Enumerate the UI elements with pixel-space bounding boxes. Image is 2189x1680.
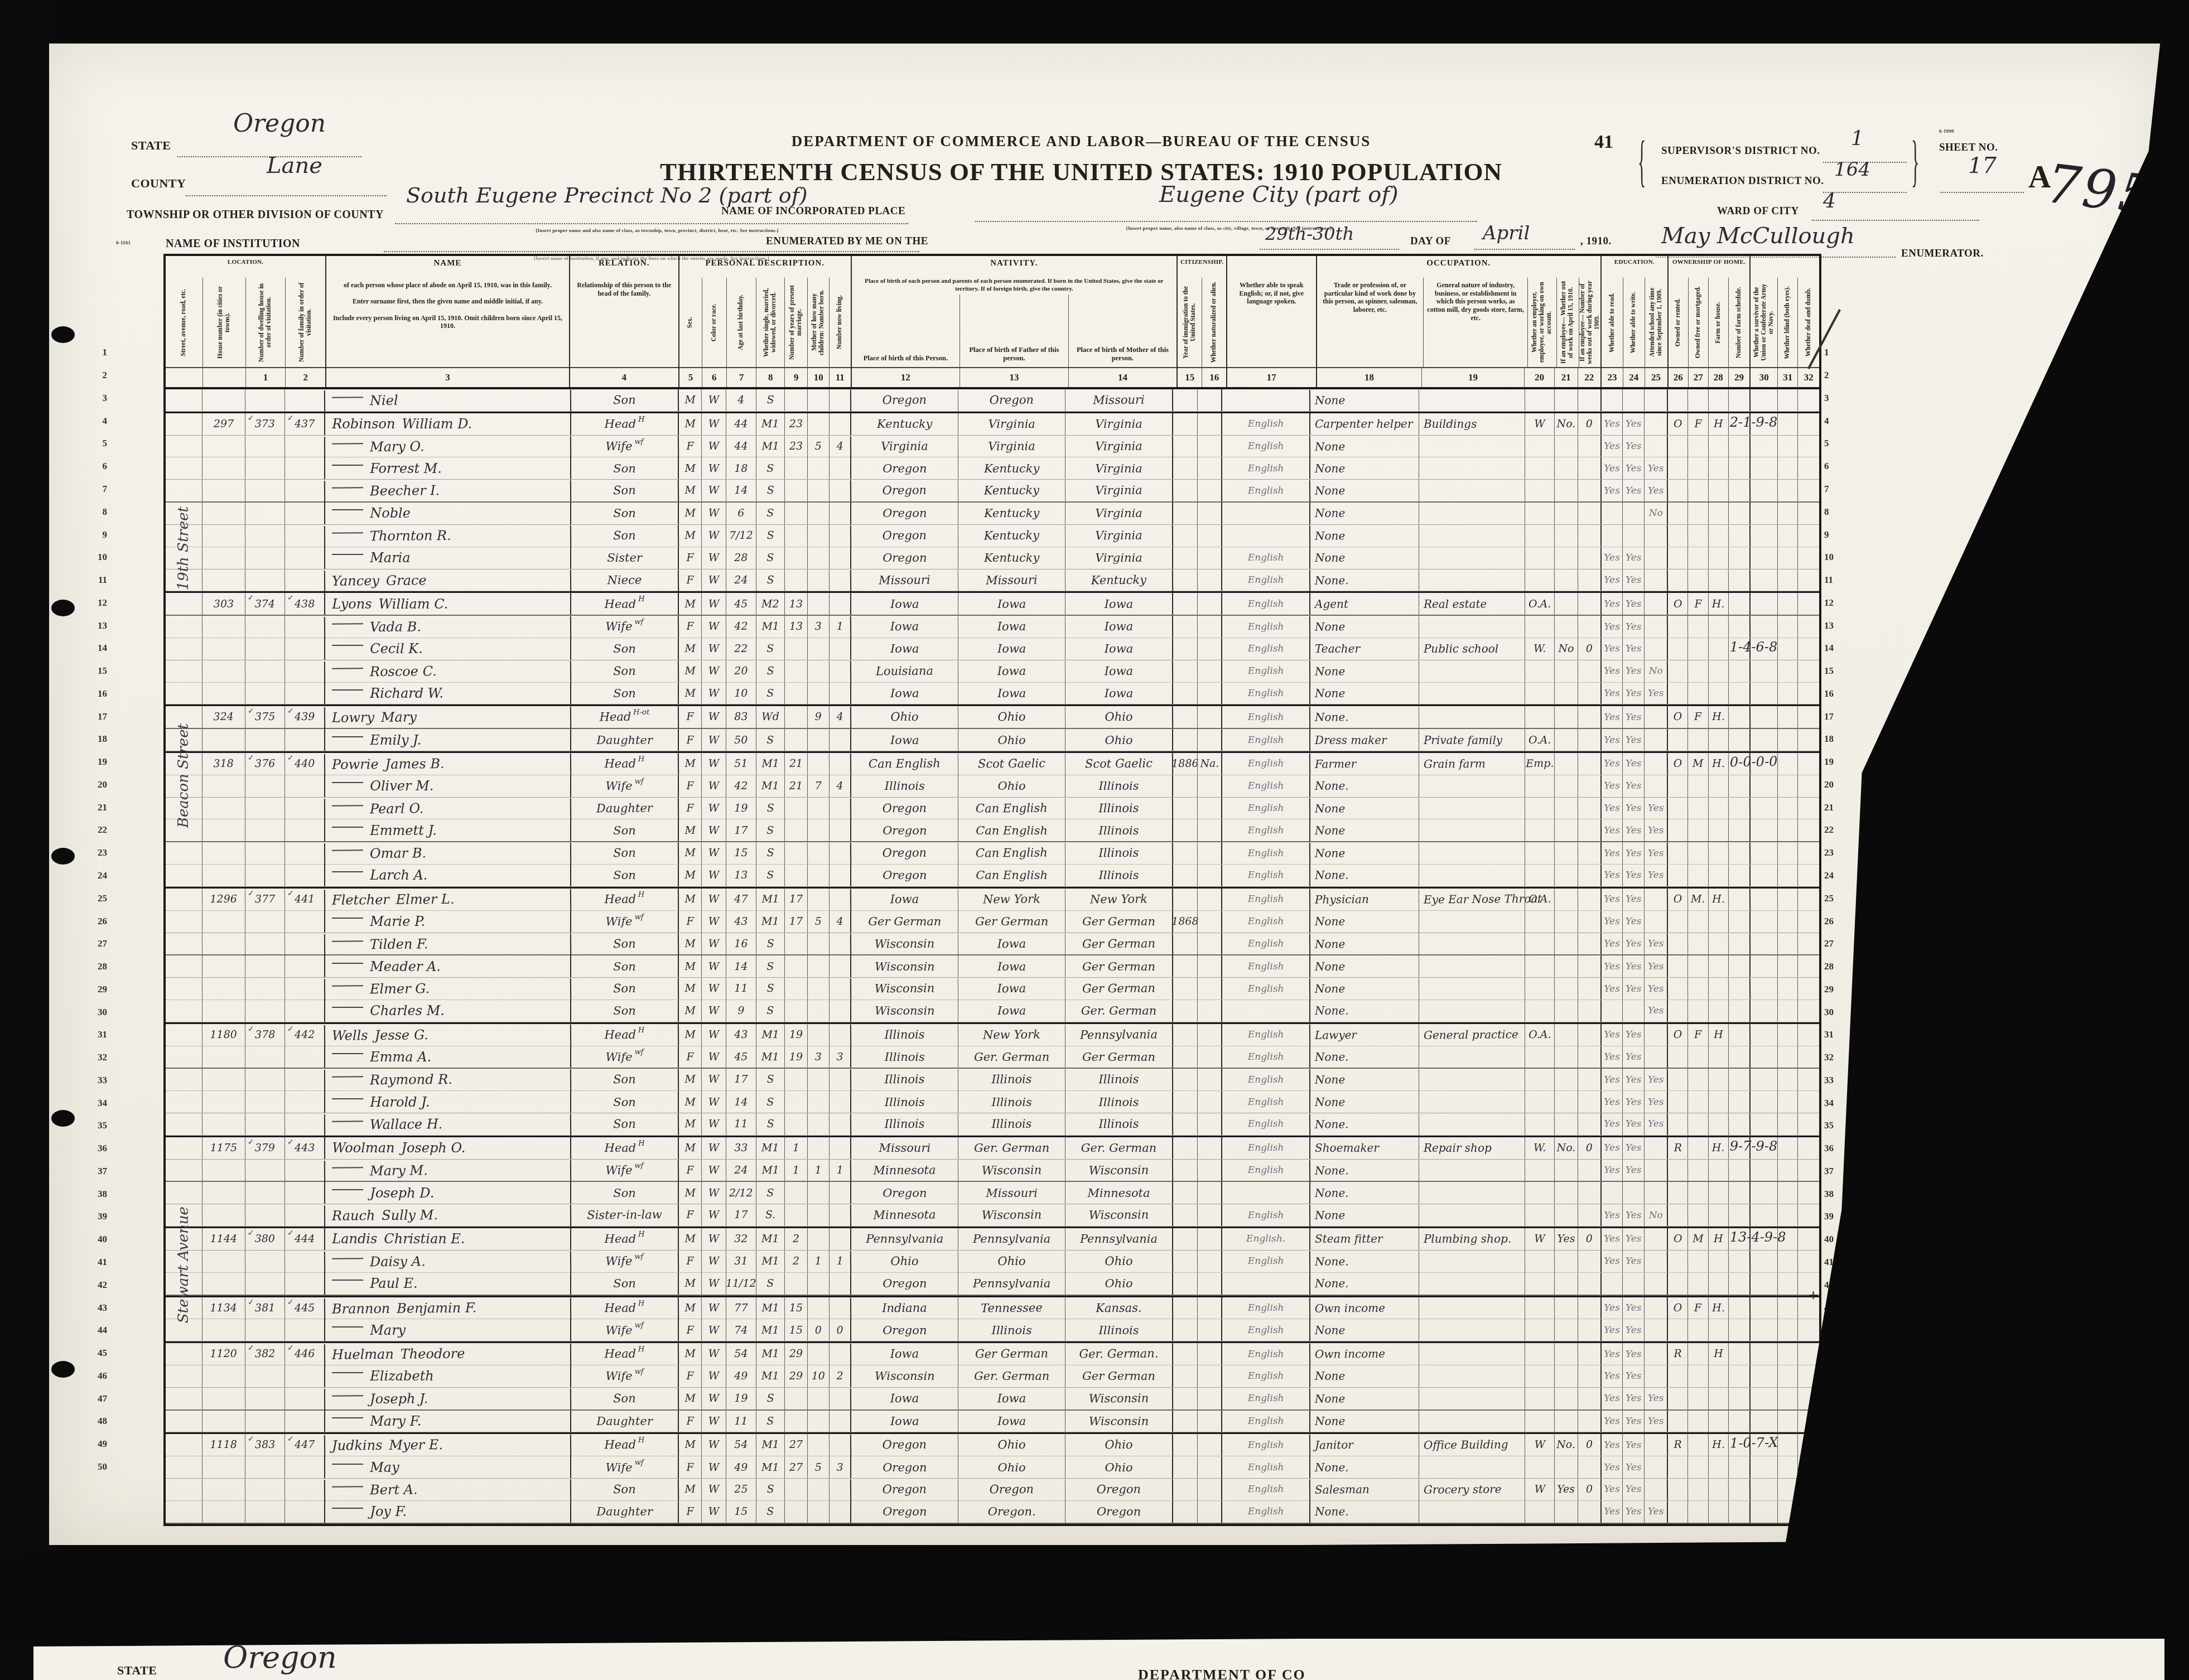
cell-sc: Yes bbox=[1644, 1501, 1667, 1523]
cell-p1: Iowa bbox=[850, 1411, 958, 1432]
cell-wr: Yes bbox=[1622, 1297, 1644, 1319]
cell-ym bbox=[784, 819, 807, 841]
cell-tr: Own income bbox=[1309, 1297, 1419, 1320]
cell-ym: 15 bbox=[784, 1319, 807, 1341]
cell-wk bbox=[1578, 1365, 1600, 1387]
cell-p2: Oregon bbox=[958, 1478, 1065, 1500]
cell-p1: Iowa bbox=[850, 615, 958, 638]
cell-ag: 14 bbox=[726, 1091, 756, 1113]
cell-o26: O bbox=[1667, 1297, 1687, 1319]
column-label-cl: Number now living. bbox=[829, 278, 851, 367]
cell-o26 bbox=[1667, 1411, 1687, 1432]
cell-cl bbox=[829, 1501, 851, 1523]
cell-v30 bbox=[1749, 547, 1777, 569]
cell-rel: Son bbox=[570, 1478, 678, 1500]
cell-sx: M bbox=[678, 955, 701, 977]
table-row: Joseph J.SonMW19SIowaIowaWisconsinEnglis… bbox=[166, 1388, 1819, 1411]
cell-o27 bbox=[1687, 569, 1708, 591]
ditto-mark bbox=[332, 465, 363, 466]
column-number-wk: 22 bbox=[1578, 368, 1601, 387]
cell-o29: 0-0-0-0 bbox=[1728, 753, 1750, 775]
cell-o29 bbox=[1728, 1091, 1750, 1113]
cell-iy bbox=[1172, 480, 1197, 501]
cell-ow bbox=[1554, 1411, 1577, 1432]
header-group-title: OCCUPATION. bbox=[1317, 256, 1601, 278]
cell-wk: 0 bbox=[1578, 638, 1600, 660]
cell-en: English bbox=[1221, 1046, 1309, 1068]
cell-p1: Ohio bbox=[850, 1250, 958, 1272]
cell-ag: 14 bbox=[726, 480, 756, 501]
cell-p1: Minnesota bbox=[850, 1204, 958, 1226]
cell-o28 bbox=[1708, 503, 1728, 524]
cell-o27 bbox=[1687, 1434, 1708, 1456]
cell-iy bbox=[1172, 389, 1197, 411]
cell-cb bbox=[807, 955, 829, 977]
cell-tr: None. bbox=[1309, 775, 1419, 797]
cell-cr: W bbox=[701, 1479, 726, 1500]
cell-p3: Illinois bbox=[1065, 775, 1172, 797]
cell-ms: M1 bbox=[755, 753, 784, 775]
cell-rd: Yes bbox=[1600, 1479, 1623, 1500]
cell-p2: Ger. German bbox=[958, 1137, 1065, 1159]
cell-f bbox=[285, 1046, 324, 1068]
cell-na bbox=[1197, 1024, 1221, 1046]
cell-v30 bbox=[1749, 729, 1777, 751]
cell-sc: No bbox=[1644, 660, 1667, 682]
cell-p3: Illinois bbox=[1065, 1319, 1172, 1341]
cell-ind bbox=[1419, 797, 1525, 819]
cell-iy bbox=[1172, 683, 1197, 704]
table-row: 318✓376✓440Powrie James B.HeadHMW51M121C… bbox=[166, 751, 1819, 775]
cell-wr: Yes bbox=[1622, 1456, 1644, 1478]
cell-name: Raymond R. bbox=[324, 1068, 570, 1092]
cell-ms: S bbox=[756, 1411, 784, 1432]
cell-ind bbox=[1419, 1091, 1525, 1113]
cell-sc bbox=[1644, 1456, 1667, 1478]
cell-name: Cecil K. bbox=[324, 638, 570, 660]
cell-iy bbox=[1172, 889, 1197, 910]
cell-ind: Repair shop bbox=[1419, 1137, 1525, 1159]
column-number-sx: 5 bbox=[679, 368, 702, 387]
cell-ind bbox=[1419, 955, 1525, 977]
cell-rd bbox=[1600, 389, 1623, 411]
ditto-mark bbox=[332, 1395, 363, 1396]
cell-sx: M bbox=[678, 842, 702, 864]
cell-iy bbox=[1172, 1365, 1197, 1387]
cell-ind: Plumbing shop. bbox=[1419, 1228, 1525, 1250]
cell-h bbox=[202, 775, 244, 797]
cell-ag: 19 bbox=[726, 797, 756, 819]
cell-d32 bbox=[1797, 1113, 1819, 1135]
cell-en: English bbox=[1221, 1160, 1309, 1181]
header-group-title bbox=[1751, 256, 1819, 278]
cell-ym bbox=[784, 1000, 807, 1022]
cell-wr: Yes bbox=[1622, 865, 1644, 886]
cell-ind: Public school bbox=[1419, 638, 1525, 660]
cell-o28: H bbox=[1708, 1024, 1728, 1046]
cell-name: Mary F. bbox=[324, 1411, 570, 1432]
cell-cb bbox=[807, 1204, 829, 1226]
line-number: 12 bbox=[84, 591, 110, 614]
ditto-mark bbox=[332, 850, 363, 851]
cell-wk bbox=[1578, 1091, 1600, 1113]
cell-ind: Eye Ear Nose Throat bbox=[1419, 888, 1525, 910]
cell-ms: S bbox=[756, 547, 784, 569]
ditto-mark bbox=[332, 443, 363, 444]
cell-sc: Yes bbox=[1644, 1000, 1667, 1022]
cell-h bbox=[202, 683, 244, 704]
cell-wr: Yes bbox=[1622, 1388, 1644, 1409]
cell-sx: M bbox=[678, 1388, 702, 1409]
cell-iy bbox=[1172, 1434, 1197, 1456]
line-number: 27 bbox=[1820, 933, 1848, 955]
line-number: 5 bbox=[1820, 432, 1848, 455]
cell-ms: M1 bbox=[755, 1251, 784, 1272]
cell-p1: Oregon bbox=[850, 1273, 958, 1295]
cell-name: Robinson William D. bbox=[324, 413, 570, 435]
table-row: Joy F.DaughterFW15SOregonOregon.OregonEn… bbox=[166, 1501, 1819, 1524]
cell-b31 bbox=[1777, 435, 1797, 457]
cell-ind bbox=[1419, 819, 1525, 841]
column-number-o29: 29 bbox=[1728, 368, 1750, 387]
cell-na bbox=[1197, 1069, 1221, 1090]
cell-en bbox=[1221, 1273, 1309, 1295]
cell-d bbox=[245, 955, 285, 977]
table-row: NobleSonMW6SOregonKentuckyVirginiaNoneNo bbox=[166, 503, 1819, 525]
cell-b31 bbox=[1777, 593, 1797, 615]
cell-b31 bbox=[1777, 706, 1797, 728]
cell-cr: W bbox=[701, 435, 726, 457]
column-label-o26: Owned or rented. bbox=[1669, 278, 1688, 367]
column-label-b31: Whether blind (both eyes). bbox=[1777, 278, 1797, 367]
cell-o28 bbox=[1708, 616, 1728, 638]
ditto-mark bbox=[332, 736, 363, 737]
cell-o27 bbox=[1687, 1251, 1708, 1272]
cell-ec: O.A. bbox=[1525, 1024, 1555, 1046]
street-name: 19th Street bbox=[166, 480, 201, 617]
cell-iy bbox=[1172, 1069, 1197, 1090]
column-label-ym: Number of years of present marriage. bbox=[784, 278, 807, 367]
cell-p1: Iowa bbox=[850, 888, 958, 910]
cell-cr: W bbox=[701, 547, 726, 569]
cell-rd: Yes bbox=[1600, 1297, 1623, 1319]
line-number: 35 bbox=[1820, 1114, 1848, 1137]
cell-ms: M1 bbox=[755, 435, 784, 457]
ditto-mark bbox=[332, 1508, 363, 1509]
cell-wr: Yes bbox=[1622, 683, 1644, 704]
cell-en: English bbox=[1221, 842, 1309, 864]
cell-o28: H. bbox=[1708, 593, 1728, 615]
cell-ag: 77 bbox=[726, 1297, 756, 1319]
line-number: 30 bbox=[1820, 1001, 1848, 1024]
column-number-d32: 32 bbox=[1797, 368, 1819, 387]
cell-d32 bbox=[1797, 1137, 1819, 1159]
cell-tr: Physician bbox=[1309, 888, 1419, 911]
cell-rd: Yes bbox=[1600, 865, 1623, 886]
line-number: 23 bbox=[1820, 842, 1848, 865]
column-label-d: Number of dwelling house in order of vis… bbox=[245, 278, 286, 367]
cell-ind bbox=[1419, 1046, 1525, 1068]
cell-ym: 15 bbox=[784, 1297, 808, 1319]
cell-o27 bbox=[1687, 933, 1708, 954]
cell-na bbox=[1197, 911, 1222, 933]
cell-cr: W bbox=[701, 683, 726, 704]
column-label-cb: Mother of how many children: Number born… bbox=[807, 278, 829, 367]
cell-d bbox=[244, 978, 285, 1000]
cell-ym bbox=[784, 797, 808, 819]
cell-sx: F bbox=[678, 616, 702, 638]
cell-p2: Iowa bbox=[958, 1411, 1065, 1432]
line-number: 38 bbox=[84, 1182, 110, 1205]
cell-ms: S bbox=[756, 683, 784, 704]
cell-d: ✓375 bbox=[244, 706, 285, 728]
line-number: 44 bbox=[84, 1319, 110, 1342]
cell-o27 bbox=[1687, 1388, 1708, 1409]
cell-f: ✓442 bbox=[285, 1024, 325, 1045]
cell-rel: Son bbox=[570, 1113, 678, 1135]
cell-st bbox=[166, 955, 202, 977]
cell-o27 bbox=[1687, 638, 1708, 660]
cell-h bbox=[202, 1251, 245, 1272]
line-number: 41 bbox=[84, 1251, 110, 1274]
cell-ym bbox=[784, 1411, 807, 1432]
cell-ow: No bbox=[1554, 638, 1577, 660]
scan-border-left bbox=[0, 0, 49, 1680]
cell-cl bbox=[829, 1204, 851, 1226]
line-number: 34 bbox=[84, 1092, 110, 1114]
cell-ag: 4 bbox=[726, 389, 756, 411]
line-number: 14 bbox=[1820, 637, 1848, 660]
cell-b31 bbox=[1777, 842, 1797, 864]
cell-h bbox=[202, 1501, 244, 1523]
cell-wk: 0 bbox=[1578, 1228, 1600, 1250]
cell-iy bbox=[1172, 1182, 1197, 1204]
cell-ind bbox=[1419, 1501, 1525, 1523]
line-number: 31 bbox=[84, 1024, 110, 1046]
cell-rel: Son bbox=[570, 503, 678, 524]
line-number: 7 bbox=[84, 478, 110, 501]
cell-ec bbox=[1525, 1091, 1555, 1113]
cell-ym: 21 bbox=[784, 753, 808, 775]
cell-o28 bbox=[1708, 389, 1728, 411]
cell-p1: Oregon bbox=[850, 389, 958, 411]
ditto-mark bbox=[332, 645, 363, 646]
table-row: Emily J.DaughterFW50SIowaOhioOhioEnglish… bbox=[166, 729, 1819, 751]
cell-v30 bbox=[1749, 1411, 1777, 1432]
cell-p2: Iowa bbox=[958, 615, 1065, 638]
cell-cb bbox=[807, 1069, 829, 1090]
cell-wk bbox=[1578, 547, 1600, 569]
cell-na bbox=[1197, 389, 1221, 411]
cell-en: English bbox=[1221, 457, 1309, 479]
cell-tr: None bbox=[1309, 955, 1419, 977]
cell-p1: Illinois bbox=[850, 775, 958, 797]
ditto-mark bbox=[332, 1280, 363, 1281]
cell-sc bbox=[1644, 911, 1667, 933]
cell-cb bbox=[807, 457, 829, 479]
cell-tr: None. bbox=[1309, 1273, 1419, 1295]
cell-d32 bbox=[1797, 1343, 1819, 1365]
cell-o26 bbox=[1667, 978, 1687, 1000]
cell-ms: S bbox=[755, 1388, 784, 1409]
cell-rd: Yes bbox=[1600, 1501, 1623, 1523]
cell-cr: W bbox=[701, 819, 726, 841]
cell-p3: Illinois bbox=[1065, 1113, 1172, 1135]
cell-rd: Yes bbox=[1600, 978, 1623, 1000]
cell-p3: Minnesota bbox=[1065, 1182, 1172, 1204]
cell-o27 bbox=[1687, 978, 1708, 1000]
line-number: 24 bbox=[84, 865, 110, 887]
cell-d bbox=[244, 933, 285, 954]
table-row: Charles M.SonMW9SWisconsinIowaGer. Germa… bbox=[166, 1000, 1819, 1022]
cell-o29 bbox=[1728, 389, 1750, 411]
line-number: 21 bbox=[84, 796, 110, 819]
cell-en: English bbox=[1221, 1297, 1309, 1319]
cell-na bbox=[1197, 775, 1222, 797]
cell-p2: Pennsylvania bbox=[958, 1273, 1065, 1295]
cell-sc bbox=[1644, 525, 1667, 547]
line-number: 4 bbox=[84, 409, 110, 432]
cell-o29 bbox=[1728, 1046, 1750, 1068]
cell-ow bbox=[1554, 1046, 1577, 1068]
cell-o27 bbox=[1687, 775, 1708, 797]
cell-o26 bbox=[1667, 955, 1687, 977]
cell-na bbox=[1197, 1343, 1221, 1365]
cell-p2: Ger German bbox=[958, 1343, 1065, 1365]
cell-sc bbox=[1644, 436, 1667, 457]
cell-ag: 24 bbox=[726, 569, 756, 591]
cell-na bbox=[1197, 457, 1222, 479]
cell-ow bbox=[1554, 1159, 1578, 1181]
cell-ag: 11 bbox=[726, 1113, 756, 1135]
cell-en: English bbox=[1221, 819, 1309, 841]
column-label-rel: Relationship of this person to the head … bbox=[570, 278, 678, 367]
cell-ind bbox=[1419, 615, 1525, 638]
cell-cr: W bbox=[701, 638, 726, 660]
cell-ow bbox=[1554, 1273, 1577, 1295]
cell-o29 bbox=[1728, 1000, 1750, 1022]
cell-cr: W bbox=[701, 1069, 726, 1090]
column-label-o29: Number of farm schedule. bbox=[1728, 278, 1750, 367]
cell-wr: Yes bbox=[1622, 547, 1644, 569]
next-page-state-label: STATE bbox=[117, 1663, 157, 1678]
cell-h bbox=[202, 1411, 244, 1432]
cell-ag: 32 bbox=[726, 1228, 756, 1250]
cell-o28 bbox=[1708, 933, 1728, 954]
ditto-mark bbox=[332, 509, 363, 510]
cell-name: Woolman Joseph O. bbox=[324, 1137, 570, 1159]
cell-o26 bbox=[1667, 1091, 1687, 1113]
cell-p3: Ohio bbox=[1065, 729, 1172, 751]
cell-ym bbox=[784, 1182, 807, 1204]
cell-p3: Virginia bbox=[1065, 435, 1172, 457]
cell-wk bbox=[1578, 1182, 1600, 1204]
cell-d bbox=[245, 729, 285, 751]
cell-rel: Wifewf bbox=[570, 615, 678, 638]
cell-cr: W bbox=[701, 1204, 726, 1226]
cell-o26: O bbox=[1667, 1024, 1687, 1046]
cell-tr: None. bbox=[1309, 865, 1419, 886]
cell-na bbox=[1197, 413, 1222, 435]
cell-cl bbox=[829, 525, 851, 547]
cell-o28 bbox=[1708, 547, 1728, 569]
cell-b31 bbox=[1777, 1159, 1797, 1181]
cell-name: Lyons William C. bbox=[324, 593, 570, 615]
cell-p2: Scot Gaelic bbox=[958, 752, 1065, 775]
cell-ym bbox=[784, 1204, 808, 1226]
cell-v30 bbox=[1749, 1388, 1777, 1409]
cell-h bbox=[202, 480, 245, 501]
cell-iy bbox=[1172, 1159, 1197, 1181]
cell-v30 bbox=[1749, 865, 1777, 886]
hole-punch bbox=[51, 1110, 75, 1127]
cell-sx: M bbox=[678, 1113, 702, 1135]
cell-o28 bbox=[1708, 1113, 1728, 1135]
line-number: 12 bbox=[1820, 591, 1848, 614]
cell-cl bbox=[829, 1228, 851, 1250]
column-number-cb: 10 bbox=[807, 368, 829, 387]
cell-en: English bbox=[1221, 413, 1309, 435]
cell-d32 bbox=[1797, 706, 1819, 728]
cell-p2: Can English bbox=[958, 865, 1065, 886]
cell-na bbox=[1197, 729, 1222, 751]
county-label: COUNTY bbox=[131, 176, 186, 191]
cell-v30 bbox=[1749, 1251, 1777, 1272]
column-label-f: Number of family in order of visitation. bbox=[285, 278, 325, 367]
cell-ec bbox=[1525, 865, 1555, 886]
table-row: 1118✓383✓447Judkins Myer E.HeadHMW54M127… bbox=[166, 1432, 1819, 1456]
table-row: ElizabethWifewfFW49M129102WisconsinGer. … bbox=[166, 1365, 1819, 1388]
cell-p3: Ger German bbox=[1065, 933, 1172, 955]
cell-tr: None bbox=[1309, 683, 1419, 704]
line-number: 35 bbox=[84, 1114, 110, 1137]
cell-cl: 1 bbox=[829, 1251, 851, 1272]
cell-en bbox=[1221, 389, 1309, 411]
cell-cb bbox=[807, 1479, 829, 1500]
cell-ind: Buildings bbox=[1419, 413, 1525, 435]
cell-sc: Yes bbox=[1644, 842, 1667, 864]
cell-o28 bbox=[1708, 1479, 1728, 1500]
cell-na bbox=[1197, 1251, 1221, 1272]
cell-d32 bbox=[1797, 911, 1819, 933]
cell-v30 bbox=[1749, 775, 1777, 797]
cell-b31 bbox=[1777, 753, 1797, 775]
cell-cl bbox=[829, 1434, 851, 1456]
cell-cr: W bbox=[701, 1000, 726, 1022]
county-value: Lane bbox=[267, 153, 322, 178]
cell-p2: Missouri bbox=[958, 569, 1065, 591]
cell-sc bbox=[1644, 1365, 1667, 1387]
cell-o26 bbox=[1667, 933, 1687, 954]
cell-o26: O bbox=[1667, 1228, 1687, 1250]
cell-ind bbox=[1419, 660, 1525, 682]
table-row: 1296✓377✓441Fletcher Elmer L.HeadHMW47M1… bbox=[166, 887, 1819, 911]
cell-rd bbox=[1600, 1000, 1623, 1022]
cell-ym: 29 bbox=[784, 1365, 807, 1387]
cell-p3: Wisconsin bbox=[1065, 1411, 1172, 1432]
cell-ind bbox=[1419, 911, 1525, 933]
cell-h bbox=[202, 1046, 244, 1068]
cell-sc: Yes bbox=[1644, 1411, 1667, 1432]
cell-tr: Agent bbox=[1309, 593, 1419, 615]
cell-b31 bbox=[1777, 1069, 1797, 1090]
cell-o28: H. bbox=[1708, 1434, 1728, 1456]
cell-d32 bbox=[1797, 955, 1819, 977]
cell-ym bbox=[784, 547, 807, 569]
cell-p2: Iowa bbox=[958, 638, 1065, 660]
hole-punch bbox=[51, 326, 75, 343]
cell-ym: 13 bbox=[784, 593, 807, 615]
